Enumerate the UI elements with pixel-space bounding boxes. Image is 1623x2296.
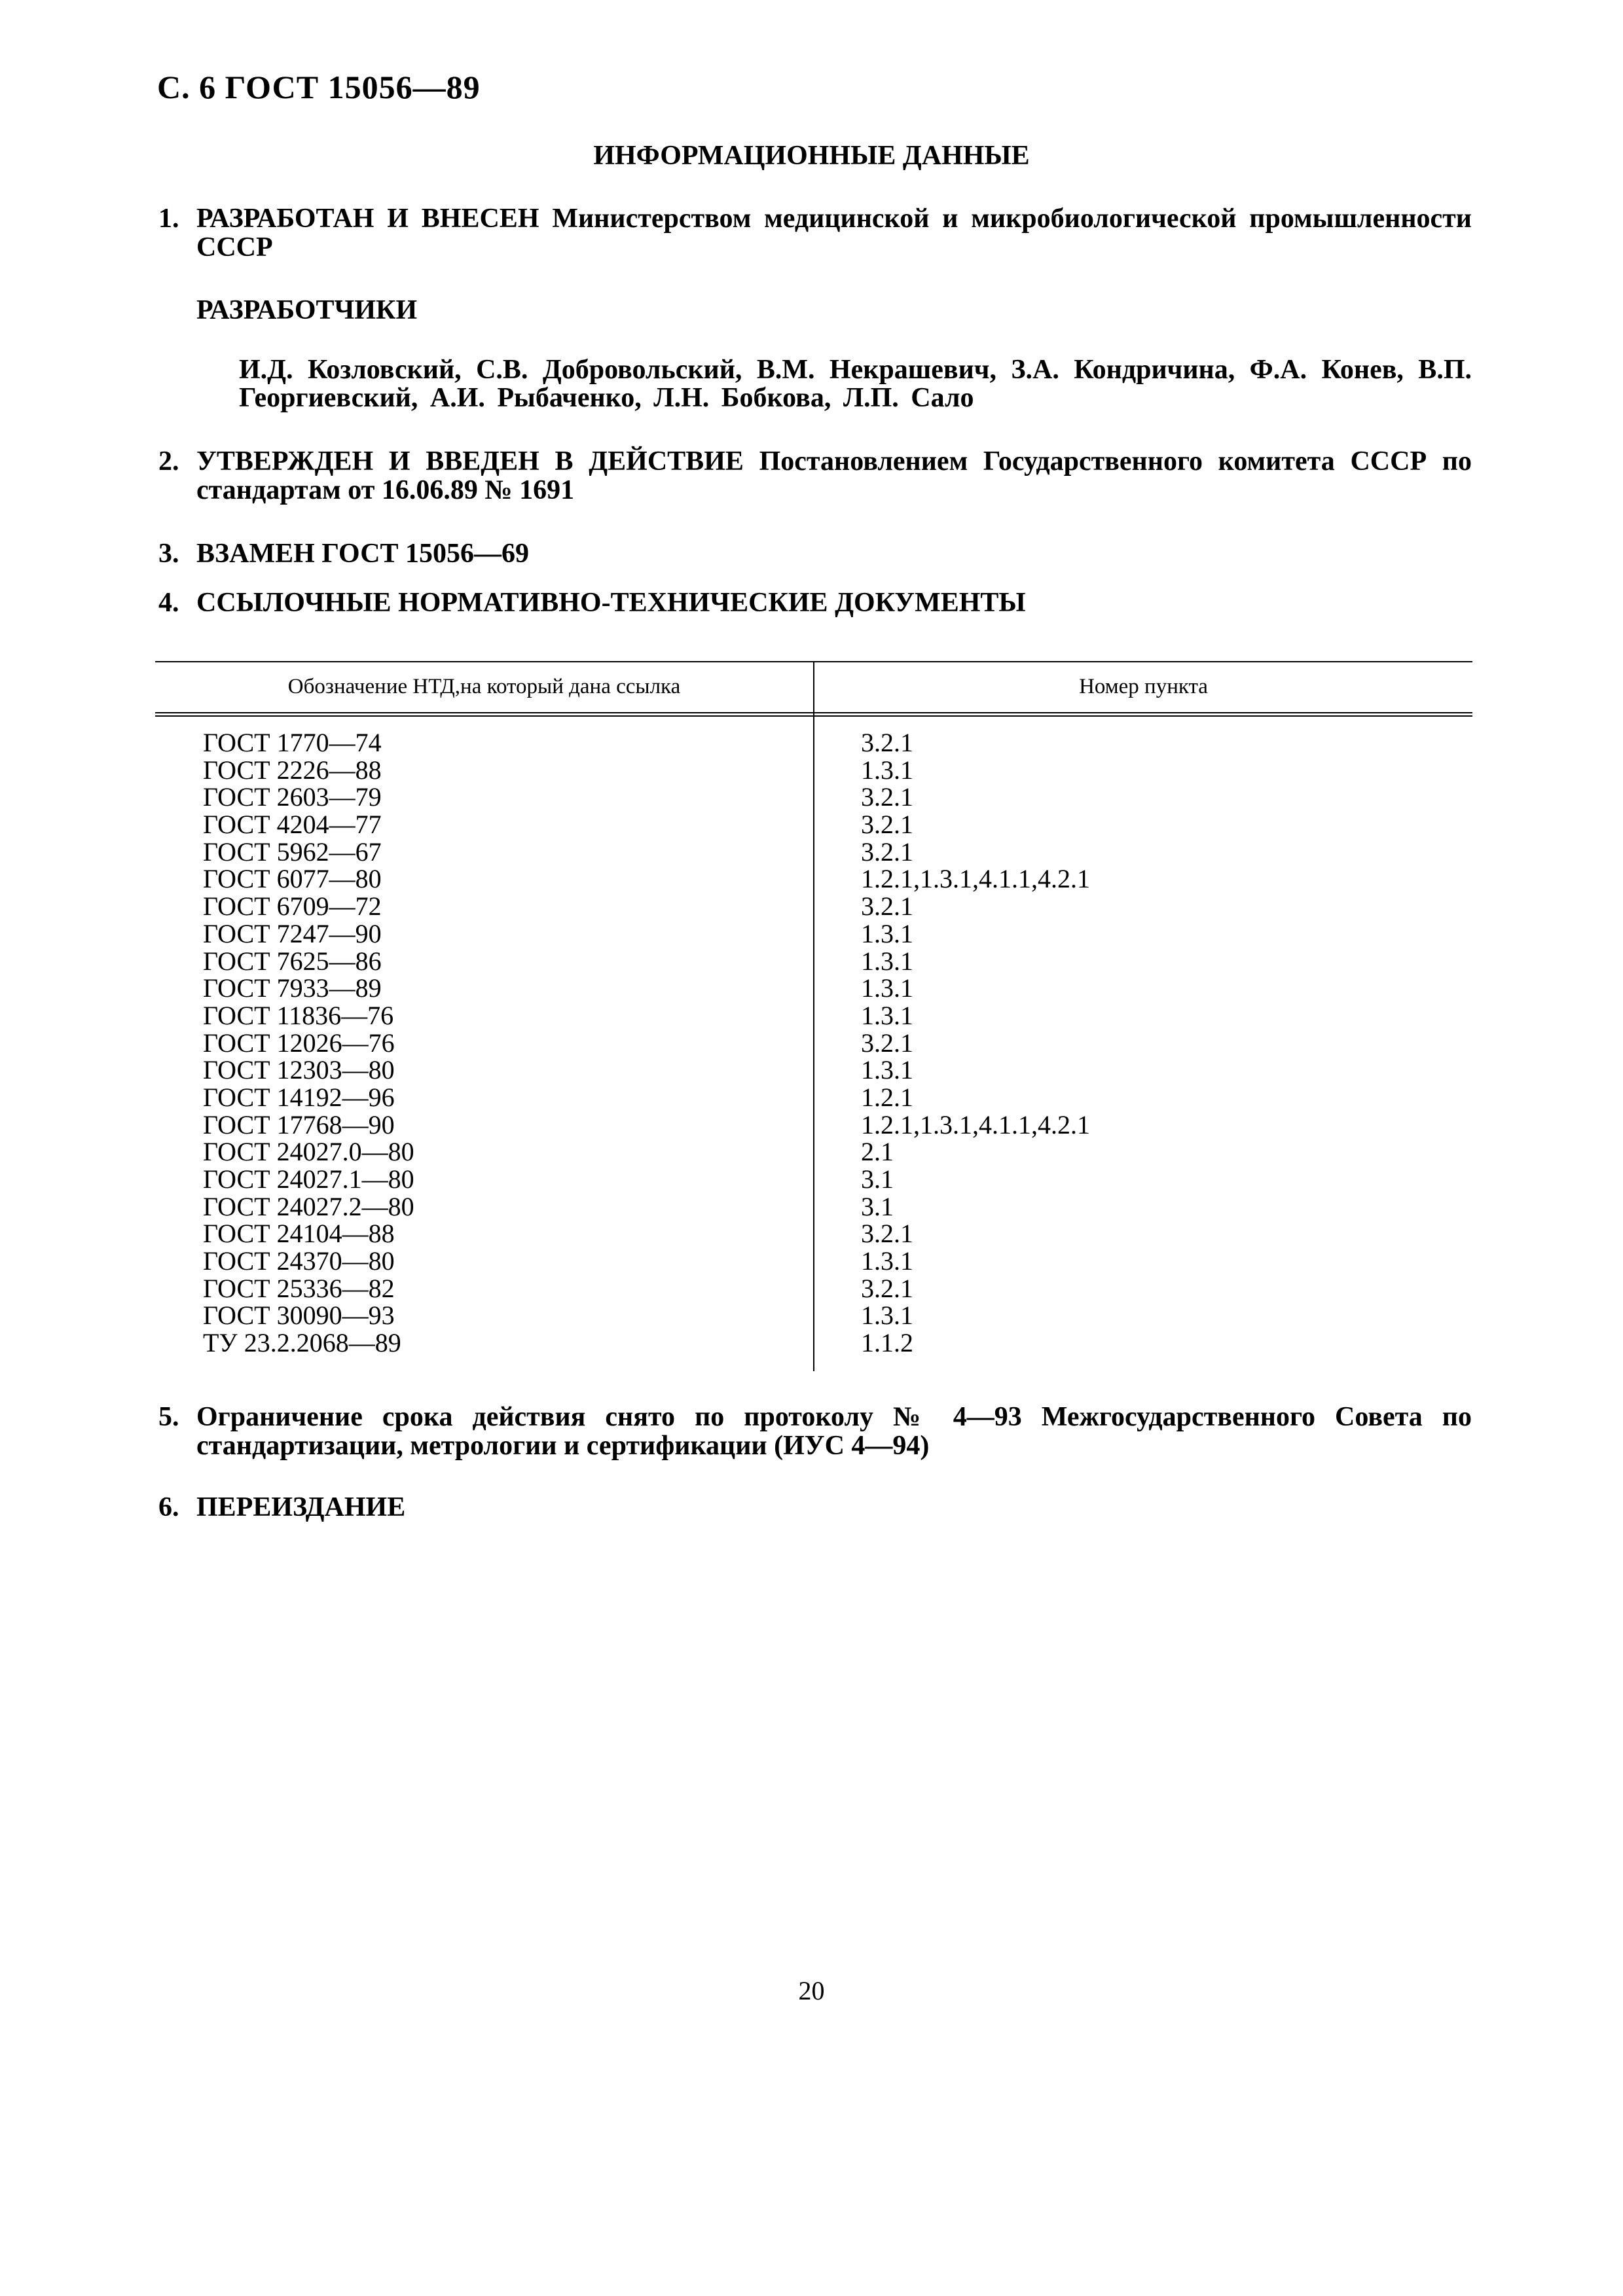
item-number: 4. (158, 588, 196, 617)
item-lead: РАЗРАБОТАН И ВНЕСЕН (196, 204, 539, 234)
item-body: УТВЕРЖДЕН И ВВЕДЕН В ДЕЙСТВИЕ Постановле… (196, 447, 1472, 505)
table-row: ГОСТ 30090—931.3.1 (155, 1302, 1472, 1329)
table-row: ГОСТ 5962—673.2.1 (155, 838, 1472, 866)
cell-clause: 3.2.1 (861, 729, 913, 757)
cell-clause: 3.2.1 (861, 811, 913, 838)
table-row: ГОСТ 24027.0—802.1 (155, 1138, 1472, 1166)
table-body: ГОСТ 1770—743.2.1ГОСТ 2226—881.3.1ГОСТ 2… (155, 729, 1472, 1357)
table-row: ГОСТ 4204—773.2.1 (155, 811, 1472, 838)
cell-clause: 3.2.1 (861, 838, 913, 866)
cell-clause: 3.2.1 (861, 893, 913, 920)
cell-document: ГОСТ 12026—76 (203, 1030, 395, 1057)
column-header-clause: Номер пункта (814, 661, 1472, 712)
cell-clause: 1.3.1 (861, 1002, 913, 1030)
developers-heading: РАЗРАБОТЧИКИ (196, 296, 417, 325)
table-row: ГОСТ 2603—793.2.1 (155, 783, 1472, 811)
item-number: 6. (158, 1493, 196, 1522)
cell-clause: 1.3.1 (861, 1247, 913, 1275)
cell-clause: 1.1.2 (861, 1329, 913, 1357)
info-item-reissue: 6. ПЕРЕИЗДАНИЕ (158, 1493, 1472, 1522)
item-lead: ПЕРЕИЗДАНИЕ (196, 1492, 405, 1522)
cell-document: ГОСТ 11836—76 (203, 1002, 393, 1030)
document-title: ИНФОРМАЦИОННЫЕ ДАННЫЕ (0, 140, 1623, 171)
cell-clause: 3.2.1 (861, 1030, 913, 1057)
cell-clause: 1.2.1 (861, 1084, 913, 1111)
table-row: ГОСТ 24370—801.3.1 (155, 1247, 1472, 1275)
cell-clause: 3.1 (861, 1166, 894, 1193)
cell-clause: 1.3.1 (861, 1056, 913, 1084)
table-row: ГОСТ 7933—891.3.1 (155, 975, 1472, 1002)
cell-document: ГОСТ 7247—90 (203, 920, 382, 948)
column-header-document: Обозначение НТД,на который дана ссылка (155, 661, 813, 712)
cell-clause: 1.3.1 (861, 920, 913, 948)
item-body: ССЫЛОЧНЫЕ НОРМАТИВНО-ТЕХНИЧЕСКИЕ ДОКУМЕН… (196, 588, 1472, 617)
cell-document: ГОСТ 12303—80 (203, 1056, 395, 1084)
table-row: ГОСТ 24027.1—803.1 (155, 1166, 1472, 1193)
info-item-replaces: 3. ВЗАМЕН ГОСТ 15056—69 (158, 539, 1472, 568)
cell-document: ГОСТ 4204—77 (203, 811, 382, 838)
cell-document: ГОСТ 24027.0—80 (203, 1138, 414, 1166)
cell-document: ГОСТ 17768—90 (203, 1111, 395, 1139)
cell-document: ГОСТ 14192—96 (203, 1084, 395, 1111)
item-number: 1. (158, 204, 196, 233)
cell-document: ГОСТ 2226—88 (203, 757, 382, 784)
cell-clause: 1.3.1 (861, 1302, 913, 1329)
info-item-references: 4. ССЫЛОЧНЫЕ НОРМАТИВНО-ТЕХНИЧЕСКИЕ ДОКУ… (158, 588, 1472, 617)
table-row: ГОСТ 24104—883.2.1 (155, 1220, 1472, 1247)
item-body: РАЗРАБОТАН И ВНЕСЕН Министерством медици… (196, 204, 1472, 262)
cell-document: ГОСТ 2603—79 (203, 783, 382, 811)
item-number: 5. (158, 1403, 196, 1431)
reference-documents-table: Обозначение НТД,на который дана ссылка Н… (155, 661, 1472, 1371)
cell-document: ГОСТ 5962—67 (203, 838, 382, 866)
developers-list: И.Д. Козловский, С.В. Добровольский, В.М… (239, 356, 1472, 412)
cell-document: ГОСТ 24027.2—80 (203, 1193, 414, 1221)
cell-document: ГОСТ 7933—89 (203, 975, 382, 1002)
cell-document: ГОСТ 6709—72 (203, 893, 382, 920)
item-number: 2. (158, 447, 196, 476)
item-lead: УТВЕРЖДЕН И ВВЕДЕН В ДЕЙСТВИЕ (196, 446, 744, 476)
table-row: ГОСТ 11836—761.3.1 (155, 1002, 1472, 1030)
table-row: ГОСТ 12026—763.2.1 (155, 1030, 1472, 1057)
page-number: 20 (0, 1975, 1623, 2006)
cell-clause: 2.1 (861, 1138, 894, 1166)
cell-clause: 3.2.1 (861, 783, 913, 811)
item-lead: ВЗАМЕН ГОСТ 15056—69 (196, 539, 529, 569)
table-row: ГОСТ 6709—723.2.1 (155, 893, 1472, 920)
info-item-approved: 2. УТВЕРЖДЕН И ВВЕДЕН В ДЕЙСТВИЕ Постано… (158, 447, 1472, 505)
cell-clause: 1.3.1 (861, 948, 913, 975)
cell-document: ТУ 23.2.2068—89 (203, 1329, 401, 1357)
cell-clause: 3.2.1 (861, 1275, 913, 1302)
info-item-developed-by: 1. РАЗРАБОТАН И ВНЕСЕН Министерством мед… (158, 204, 1472, 262)
running-header: С. 6 ГОСТ 15056—89 (157, 68, 481, 106)
table-row: ТУ 23.2.2068—891.1.2 (155, 1329, 1472, 1357)
cell-document: ГОСТ 25336—82 (203, 1275, 395, 1302)
table-row: ГОСТ 17768—901.2.1,1.3.1,4.1.1,4.2.1 (155, 1111, 1472, 1139)
info-item-validity: 5. Ограничение срока действия снято по п… (158, 1403, 1472, 1460)
cell-clause: 1.3.1 (861, 757, 913, 784)
cell-document: ГОСТ 24104—88 (203, 1220, 395, 1247)
cell-clause: 1.2.1,1.3.1,4.1.1,4.2.1 (861, 1111, 1090, 1139)
table-row: ГОСТ 7625—861.3.1 (155, 948, 1472, 975)
cell-document: ГОСТ 7625—86 (203, 948, 382, 975)
item-lead: Ограничение срока действия снято по прот… (196, 1402, 1472, 1461)
cell-clause: 1.3.1 (861, 975, 913, 1002)
item-lead: ССЫЛОЧНЫЕ НОРМАТИВНО-ТЕХНИЧЕСКИЕ ДОКУМЕН… (196, 588, 1026, 618)
cell-document: ГОСТ 1770—74 (203, 729, 382, 757)
table-row: ГОСТ 7247—901.3.1 (155, 920, 1472, 948)
cell-document: ГОСТ 6077—80 (203, 865, 382, 893)
item-body: ПЕРЕИЗДАНИЕ (196, 1493, 1472, 1522)
table-row: ГОСТ 1770—743.2.1 (155, 729, 1472, 757)
cell-clause: 1.2.1,1.3.1,4.1.1,4.2.1 (861, 865, 1090, 893)
table-row: ГОСТ 2226—881.3.1 (155, 757, 1472, 784)
cell-document: ГОСТ 24370—80 (203, 1247, 395, 1275)
table-row: ГОСТ 6077—801.2.1,1.3.1,4.1.1,4.2.1 (155, 865, 1472, 893)
table-row: ГОСТ 24027.2—803.1 (155, 1193, 1472, 1221)
item-body: ВЗАМЕН ГОСТ 15056—69 (196, 539, 1472, 568)
table-row: ГОСТ 12303—801.3.1 (155, 1056, 1472, 1084)
table-row: ГОСТ 14192—961.2.1 (155, 1084, 1472, 1111)
cell-clause: 3.1 (861, 1193, 894, 1221)
cell-clause: 3.2.1 (861, 1220, 913, 1247)
table-row: ГОСТ 25336—823.2.1 (155, 1275, 1472, 1302)
cell-document: ГОСТ 30090—93 (203, 1302, 395, 1329)
cell-document: ГОСТ 24027.1—80 (203, 1166, 414, 1193)
item-number: 3. (158, 539, 196, 568)
item-body: Ограничение срока действия снято по прот… (196, 1403, 1472, 1460)
